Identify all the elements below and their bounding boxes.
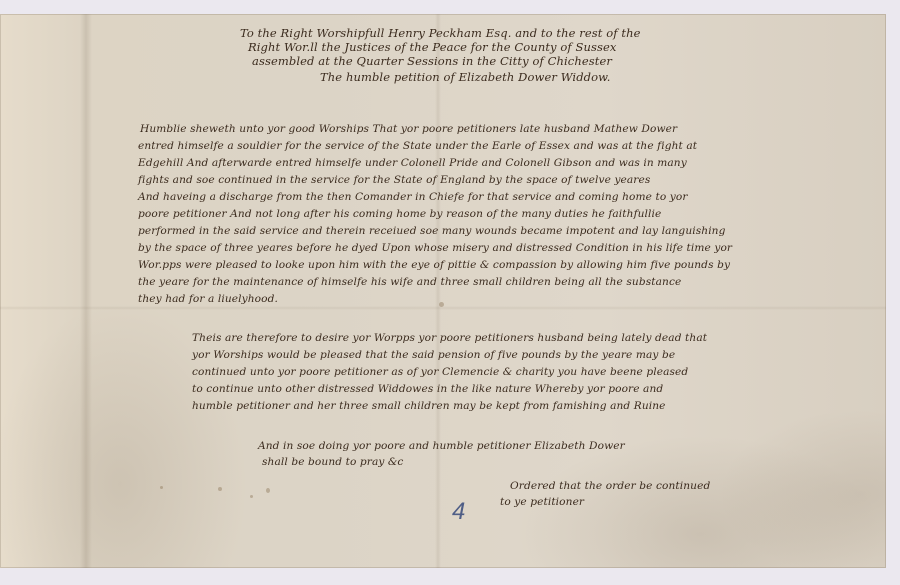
heading-line-4: The humble petition of Elizabeth Dower W… [320, 70, 610, 85]
paragraph1-line-4: fights and soe continued in the service … [138, 172, 650, 189]
ink-spot [439, 302, 444, 307]
ink-spot [250, 495, 253, 498]
folio-number: 4 [452, 498, 465, 526]
paragraph1-line-8: by the space of three yeares before he d… [138, 240, 732, 257]
paragraph2-line-4: to continue unto other distressed Widdow… [192, 381, 663, 398]
paragraph2-line-5: humble petitioner and her three small ch… [192, 398, 666, 415]
paragraph1-line-1: Humblie sheweth unto yor good Worships T… [140, 121, 677, 138]
paragraph1-line-10: the yeare for the maintenance of himself… [138, 274, 681, 291]
paragraph1-line-9: Wor.pps were pleased to looke upon him w… [138, 257, 730, 274]
paragraph1-line-2: entred himselfe a souldier for the servi… [138, 138, 697, 155]
paragraph2-line-1: Theis are therefore to desire yor Worpps… [192, 330, 707, 347]
heading-line-1: To the Right Worshipfull Henry Peckham E… [240, 26, 641, 41]
paragraph1-line-3: Edgehill And afterwarde entred himselfe … [138, 155, 687, 172]
manuscript-page: To the Right Worshipfull Henry Peckham E… [0, 14, 886, 568]
fold-crease [0, 306, 886, 310]
paragraph1-line-7: performed in the said service and therei… [138, 223, 725, 240]
closing-line-1: And in soe doing yor poore and humble pe… [258, 438, 625, 455]
closing-line-2: shall be bound to pray &c [262, 454, 403, 471]
order-annotation-line-2: to ye petitioner [500, 494, 584, 511]
ink-spot [218, 487, 222, 491]
paragraph1-line-11: they had for a liuelyhood. [138, 291, 278, 308]
paragraph2-line-3: continued unto yor poore petitioner as o… [192, 364, 688, 381]
heading-line-3: assembled at the Quarter Sessions in the… [252, 54, 612, 69]
heading-line-2: Right Wor.ll the Justices of the Peace f… [248, 40, 617, 55]
ink-spot [160, 486, 163, 489]
paragraph2-line-2: yor Worships would be pleased that the s… [192, 347, 675, 364]
paragraph1-line-5: And haveing a discharge from the then Co… [138, 189, 688, 206]
ink-spot [266, 488, 270, 493]
paragraph1-line-6: poore petitioner And not long after his … [138, 206, 661, 223]
order-annotation-line-1: Ordered that the order be continued [510, 478, 710, 495]
